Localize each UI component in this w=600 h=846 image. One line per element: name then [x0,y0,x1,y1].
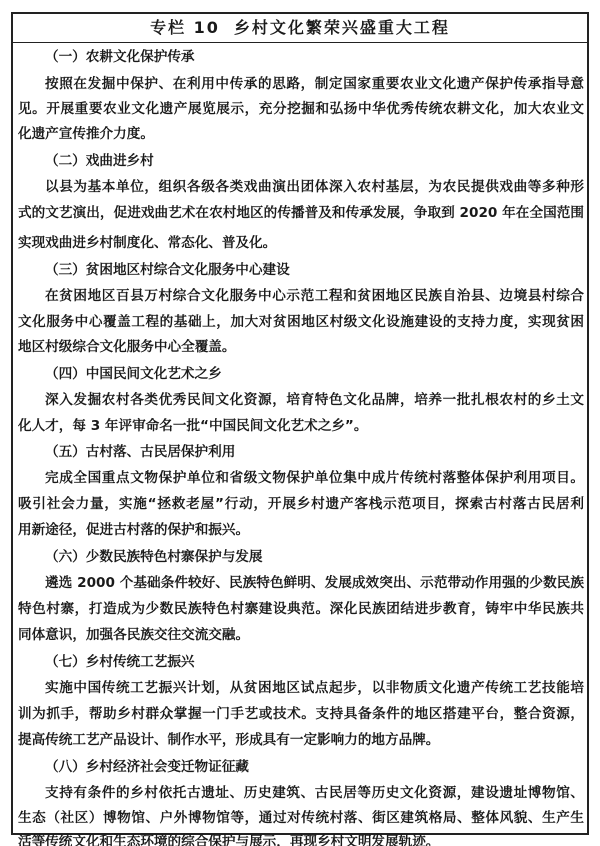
paragraph-line: 在贫困地区百县万村综合文化服务中心示范工程和贫困地区民族自治县、边境县村综合 [45,286,584,306]
paragraph-line: 支持有条件的乡村依托古遗址、历史建筑、古民居等历史文化资源，建设遗址博物馆、 [45,783,584,803]
section-heading: （八）乡村经济社会变迁物证征藏 [45,757,600,777]
paragraph-line: 按照在发掘中保护、在利用中传承的思路，制定国家重要农业文化遗产保护传承指导意 [45,74,584,94]
section-heading: （二）戏曲进乡村 [45,151,600,171]
section-heading: （四）中国民间文化艺术之乡 [45,364,600,384]
paragraph-line: 吸引社会力量，实施“拯救老屋”行动，开展乡村遗产客栈示范项目，探索古村落古民居利 [18,494,584,514]
box-number: 专栏 10 [150,18,220,37]
paragraph-line: 同体意识，加强各民族交往交流交融。 [18,625,584,645]
paragraph-line: 见。开展重要农业文化遗产展览展示，充分挖掘和弘扬中华优秀传统农耕文化，加大农业文 [18,99,584,119]
paragraph-line: 化遗产宣传推介力度。 [18,124,584,144]
paragraph-line: 实施中国传统工艺振兴计划，从贫困地区试点起步，以非物质文化遗产传统工艺技能培 [45,678,584,698]
section-heading: （五）古村落、古民居保护利用 [45,442,600,462]
paragraph-line: 文化服务中心覆盖工程的基础上，加大对贫困地区村级文化设施建设的支持力度，实现贫困 [18,312,584,332]
paragraph-line: 深入发掘农村各类优秀民间文化资源，培育特色文化品牌，培养一批扎根农村的乡土文 [45,390,584,410]
paragraph-line: 特色村寨，打造成为少数民族特色村寨建设典范。深化民族团结进步教育，铸牢中华民族共 [18,599,584,619]
paragraph-line: 训为抓手，帮助乡村群众掌握一门手艺或技术。支持具备条件的地区搭建平台，整合资源， [18,704,584,724]
paragraph-line: 用新途径，促进古村落的保护和振兴。 [18,520,584,540]
paragraph-line: 化人才，每 3 年评审命名一批“中国民间文化艺术之乡”。 [18,416,584,436]
paragraph-line: 完成全国重点文物保护单位和省级文物保护单位集中成片传统村落整体保护利用项目。 [45,468,584,488]
paragraph-line: 活等传统文化和生态环境的综合保护与展示，再现乡村文明发展轨迹。 [18,832,584,846]
section-heading: （七）乡村传统工艺振兴 [45,652,600,672]
paragraph-line: 式的文艺演出，促进戏曲艺术在农村地区的传播普及和传承发展，争取到 2020 年在… [18,203,584,223]
box-header: 专栏 10乡村文化繁荣兴盛重大工程 [13,14,587,43]
section-heading: （六）少数民族特色村寨保护与发展 [45,547,600,567]
feature-box: 专栏 10乡村文化繁荣兴盛重大工程 （一）农耕文化保护传承 按照在发掘中保护、在… [11,12,589,835]
paragraph-line: 遴选 2000 个基础条件较好、民族特色鲜明、发展成效突出、示范带动作用强的少数… [45,573,584,593]
paragraph-line: 生态（社区）博物馆、户外博物馆等，通过对传统村落、街区建筑格局、整体风貌、生产生 [18,808,584,828]
paragraph-line: 地区村级综合文化服务中心全覆盖。 [18,337,584,357]
section-heading: （一）农耕文化保护传承 [45,47,600,67]
paragraph-line: 以县为基本单位，组织各级各类戏曲演出团体深入农村基层，为农民提供戏曲等多种形 [45,177,584,197]
paragraph-line: 实现戏曲进乡村制度化、常态化、普及化。 [18,233,584,253]
box-title: 乡村文化繁荣兴盛重大工程 [234,18,450,37]
section-heading: （三）贫困地区村综合文化服务中心建设 [45,260,600,280]
paragraph-line: 提高传统工艺产品设计、制作水平，形成具有一定影响力的地方品牌。 [18,730,584,750]
